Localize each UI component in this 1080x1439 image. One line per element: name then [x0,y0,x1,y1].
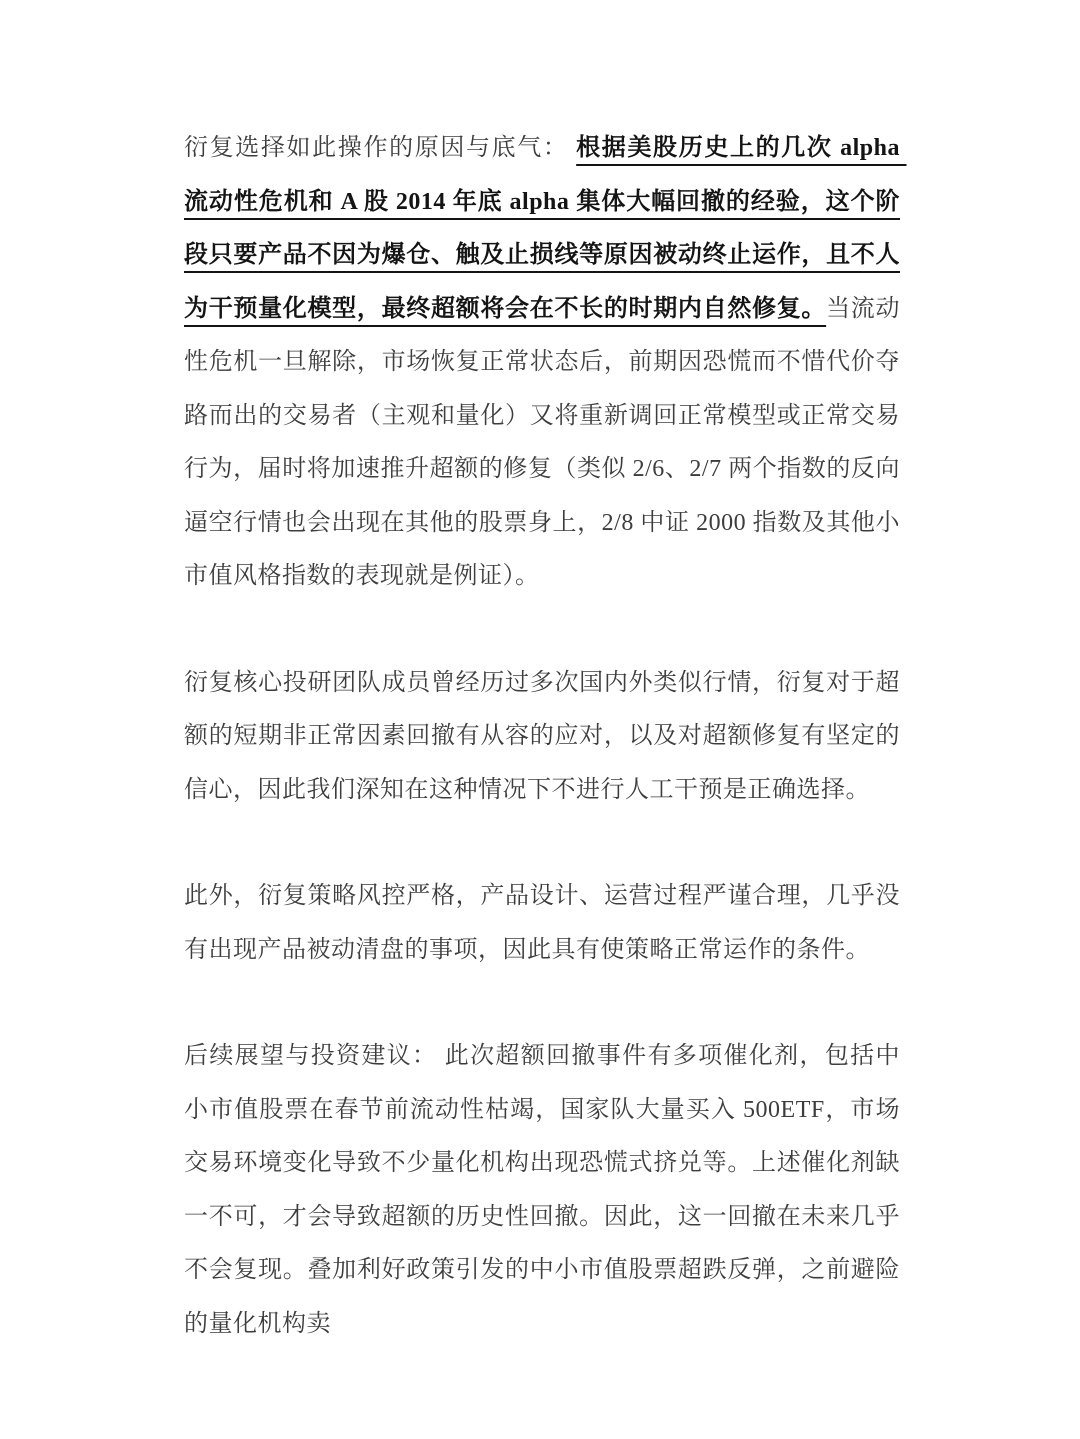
lead-in-label: 衍复选择如此操作的原因与底气： [184,135,576,161]
emphasized-claim: 根据美股历史上的几次 alpha 流动性危机和 A 股 2014 年底 alph… [184,135,907,322]
paragraph: 此外，衍复策略风控严格，产品设计、运营过程严谨合理，几乎没有出现产品被动清盘的事… [184,870,900,977]
body-text: 此次超额回撤事件有多项催化剂，包括中小市值股票在春节前流动性枯竭，国家队大量买入… [184,1043,900,1337]
body-text: 衍复核心投研团队成员曾经历过多次国内外类似行情，衍复对于超额的短期非正常因素回撤… [184,670,900,803]
paragraph: 衍复选择如此操作的原因与底气： 根据美股历史上的几次 alpha 流动性危机和 … [184,122,900,604]
body-text: 当流动性危机一旦解除，市场恢复正常状态后，前期因恐慌而不惜代价夺路而出的交易者（… [184,296,900,590]
document-page: 衍复选择如此操作的原因与底气： 根据美股历史上的几次 alpha 流动性危机和 … [0,0,1080,1439]
lead-in-label: 后续展望与投资建议： [184,1043,445,1069]
paragraph: 后续展望与投资建议： 此次超额回撤事件有多项催化剂，包括中小市值股票在春节前流动… [184,1030,900,1351]
document-body: 衍复选择如此操作的原因与底气： 根据美股历史上的几次 alpha 流动性危机和 … [184,122,900,1351]
paragraph: 衍复核心投研团队成员曾经历过多次国内外类似行情，衍复对于超额的短期非正常因素回撤… [184,657,900,818]
body-text: 此外，衍复策略风控严格，产品设计、运营过程严谨合理，几乎没有出现产品被动清盘的事… [184,883,900,963]
